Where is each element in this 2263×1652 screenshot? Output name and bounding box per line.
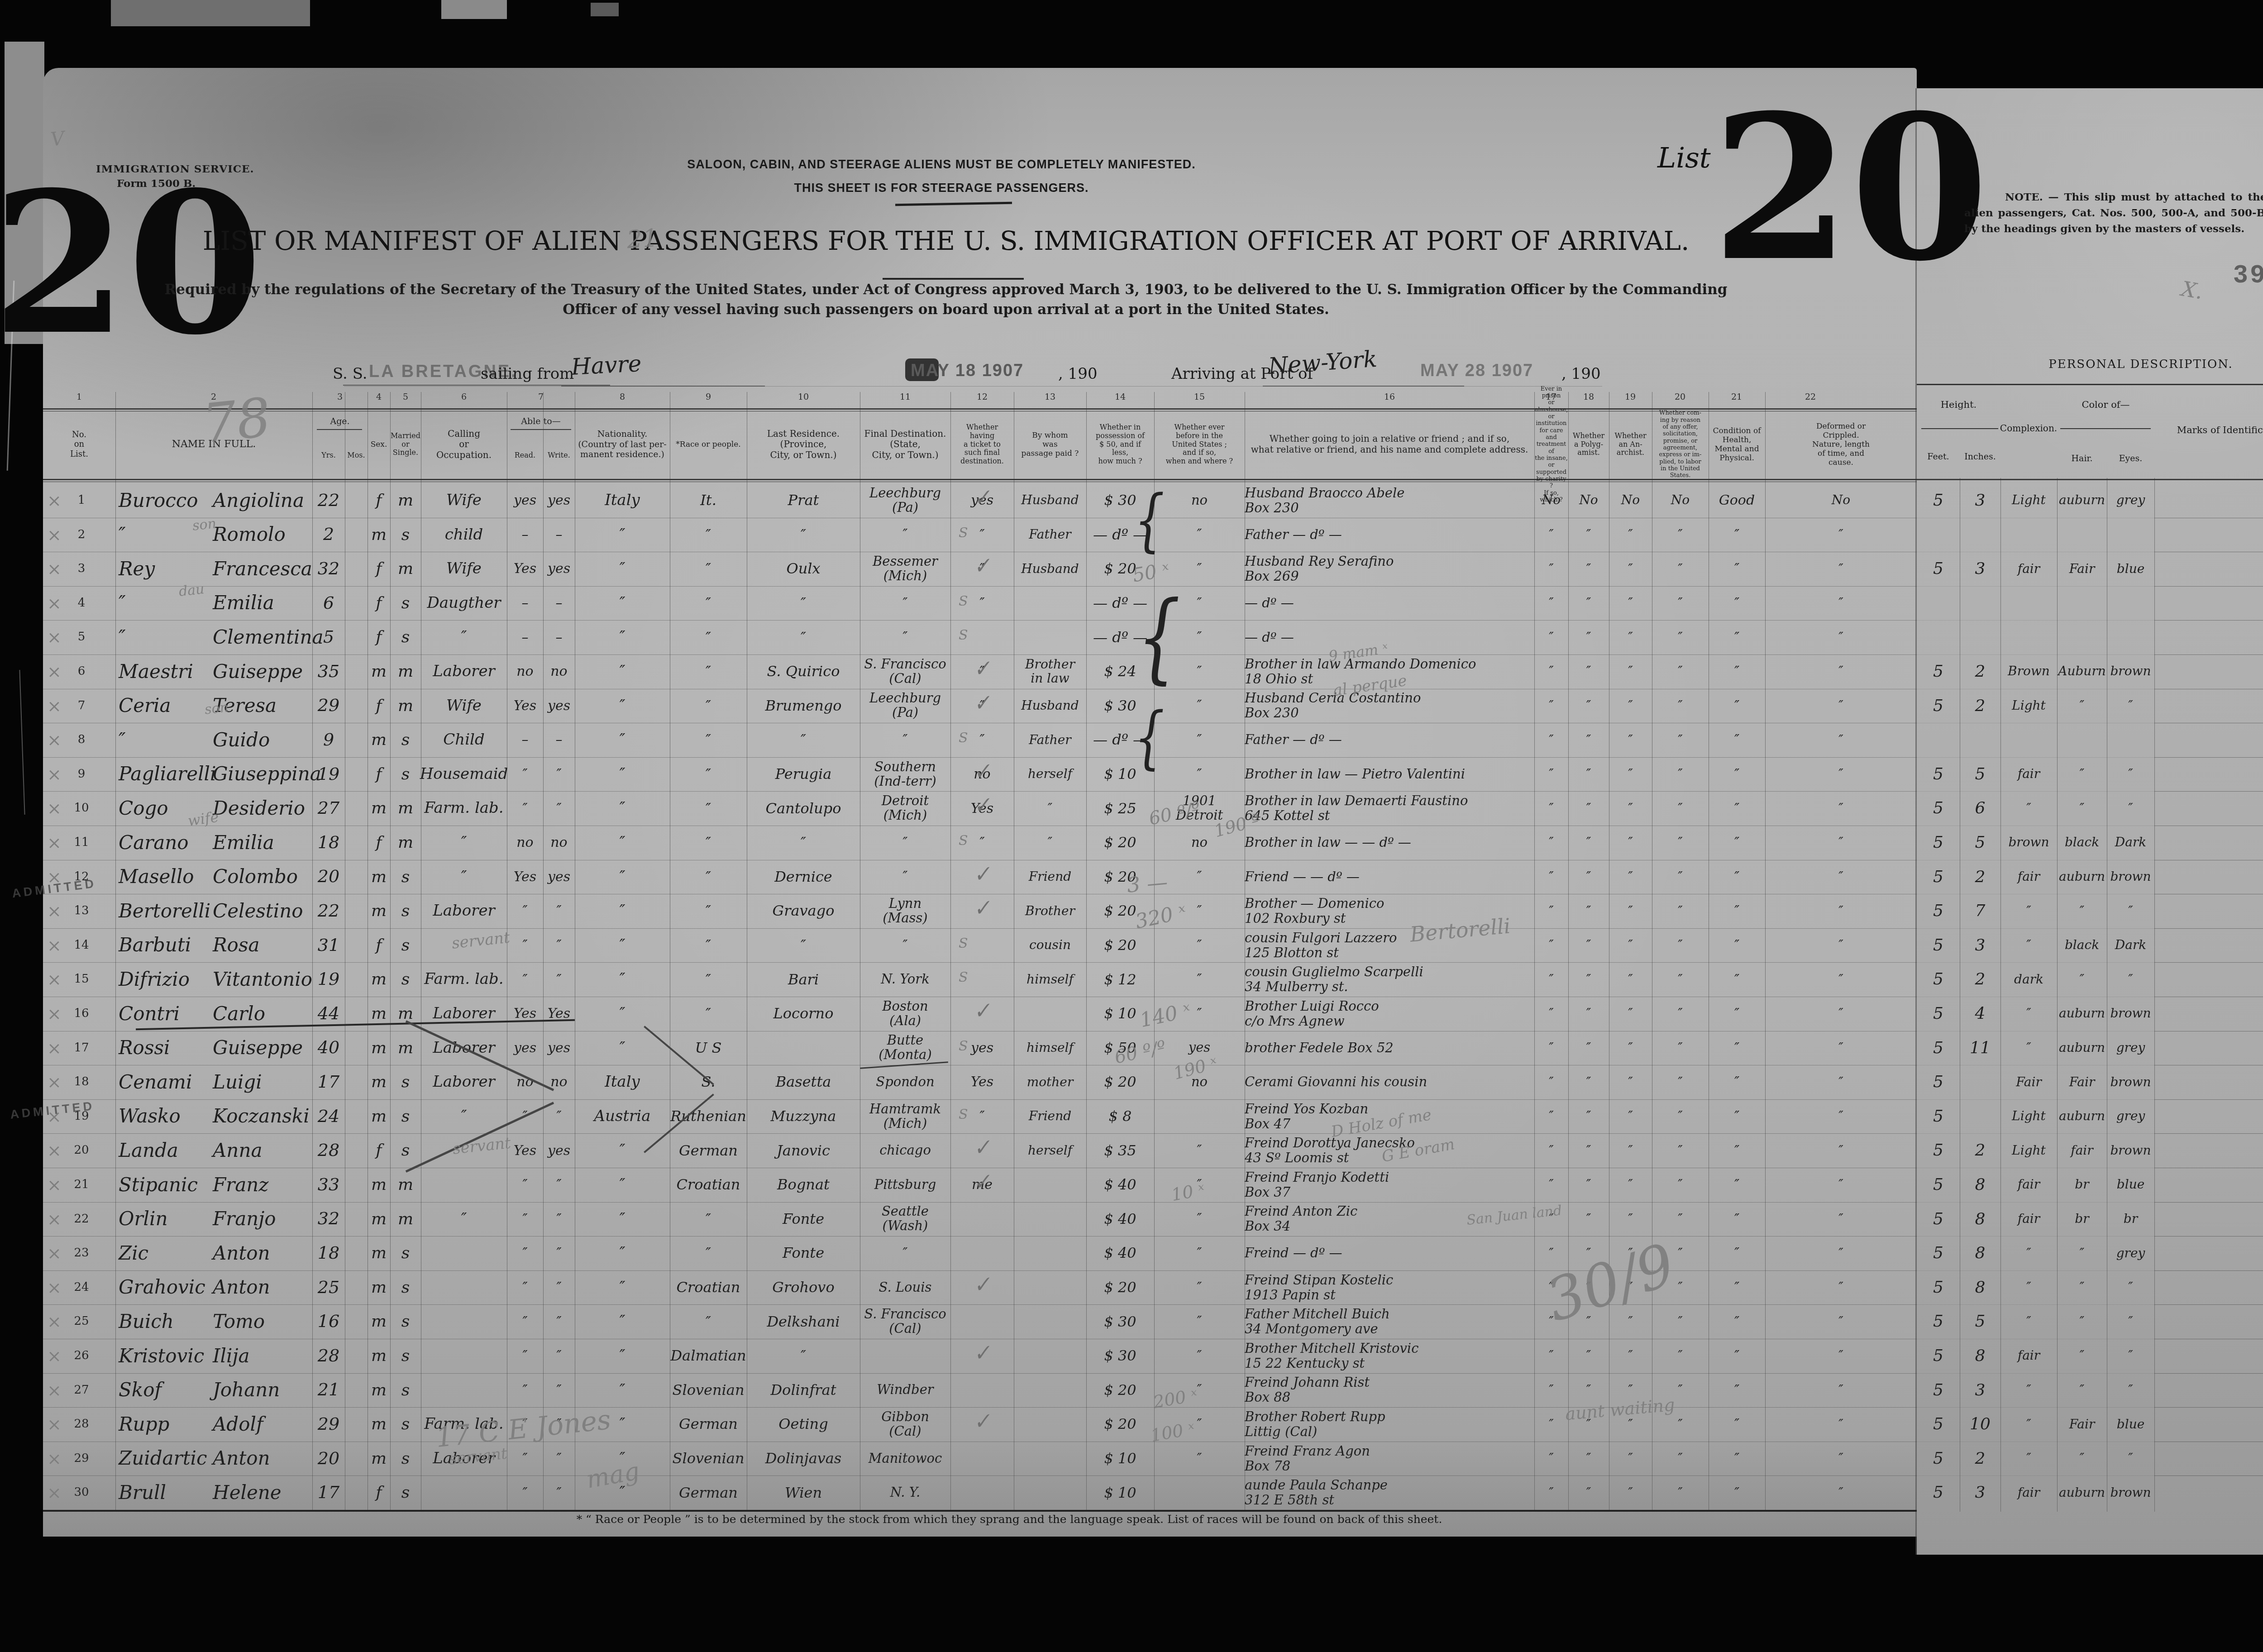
cell-last-residence: ″ bbox=[747, 623, 860, 652]
column-number: 6 bbox=[450, 392, 477, 402]
pencil-s-mark: S bbox=[959, 1107, 968, 1122]
cell-anarchist: ″ bbox=[1609, 999, 1652, 1028]
column-header-h3-yrs: Yrs. bbox=[312, 451, 345, 459]
cell-height-inches: 3 bbox=[1960, 1376, 2000, 1405]
row-line bbox=[2154, 1236, 2263, 1237]
cell-height-feet: 5 bbox=[1917, 1376, 1960, 1405]
row-x-mark: × bbox=[47, 901, 62, 921]
pencil-check: ✓ bbox=[971, 1169, 992, 1195]
cell-before-us: ″ bbox=[1154, 1239, 1245, 1268]
cell-married-single: m bbox=[390, 794, 421, 823]
cell-complexion: brown bbox=[2000, 828, 2057, 857]
cell-race: ″ bbox=[670, 897, 747, 926]
cell-height-inches: 8 bbox=[1960, 1273, 2000, 1302]
film-scratch bbox=[19, 670, 25, 815]
cell-hair-color: ″ bbox=[2057, 897, 2107, 926]
row-line-faint bbox=[1917, 1133, 2154, 1134]
cell-contract-labor: ″ bbox=[1652, 1102, 1709, 1131]
cell-race: ″ bbox=[670, 726, 747, 754]
row-line-faint bbox=[1917, 826, 2154, 826]
cell-contract-labor: ″ bbox=[1652, 623, 1709, 652]
cell-write: ″ bbox=[543, 1205, 575, 1234]
cell-height-feet: 5 bbox=[1917, 1410, 1960, 1439]
cell-before-us: ″ bbox=[1154, 931, 1245, 960]
pencil-s-mark: S bbox=[959, 833, 968, 849]
cell-polygamist: ″ bbox=[1568, 999, 1609, 1028]
cell-write: ″ bbox=[543, 965, 575, 994]
cell-married-single: s bbox=[390, 520, 421, 549]
cell-height-feet: 5 bbox=[1917, 554, 1960, 583]
row-line bbox=[43, 552, 1917, 552]
cell-read: ″ bbox=[507, 1205, 543, 1234]
cell-write: ″ bbox=[543, 897, 575, 926]
cell-last-name: Rupp bbox=[119, 1410, 213, 1439]
cell-sex: f bbox=[368, 1478, 390, 1507]
cell-contract-labor: ″ bbox=[1652, 589, 1709, 618]
cell-last-residence: Cantolupo bbox=[747, 794, 860, 823]
cell-amount: $ 30 bbox=[1086, 1307, 1154, 1336]
cell-sex: m bbox=[368, 657, 390, 686]
cell-age: 20 bbox=[312, 863, 345, 892]
cell-prison: ″ bbox=[1534, 1034, 1568, 1063]
row-line bbox=[43, 586, 1917, 587]
cell-contract-labor: ″ bbox=[1652, 520, 1709, 549]
row-line-faint bbox=[1917, 689, 2154, 689]
cell-contract-labor: ″ bbox=[1652, 1478, 1709, 1507]
cell-prison: ″ bbox=[1534, 965, 1568, 994]
cell-complexion: fair bbox=[2000, 1478, 2057, 1507]
row-line-faint bbox=[1917, 1031, 2154, 1031]
column-number: 3 bbox=[326, 392, 353, 402]
cell-hair-color: br bbox=[2057, 1170, 2107, 1199]
cell-sex: f bbox=[368, 486, 390, 515]
slip-marks-label: Marks of Identification. bbox=[2154, 425, 2263, 435]
cell-height-feet: 5 bbox=[1917, 1239, 1960, 1268]
cell-sex: f bbox=[368, 760, 390, 789]
row-x-mark: × bbox=[47, 1483, 62, 1503]
cell-married-single: s bbox=[390, 760, 421, 789]
cell-last-name: Landa bbox=[119, 1136, 213, 1165]
cell-write: ″ bbox=[543, 1273, 575, 1302]
row-number: 2 bbox=[68, 528, 95, 541]
slip-note-text: NOTE. — This slip must by attached to th… bbox=[1964, 189, 2263, 237]
column-number: 15 bbox=[1186, 392, 1213, 402]
cell-read: Yes bbox=[507, 999, 543, 1028]
cell-prison: ″ bbox=[1534, 931, 1568, 960]
cell-amount: $ 40 bbox=[1086, 1170, 1154, 1199]
row-x-mark: × bbox=[47, 1380, 62, 1400]
cell-read: yes bbox=[507, 1034, 543, 1063]
cell-age: 32 bbox=[312, 1205, 345, 1234]
cell-last-residence: ″ bbox=[747, 1342, 860, 1370]
cell-last-name: Rey bbox=[119, 554, 213, 583]
row-line-faint bbox=[1917, 1407, 2154, 1408]
name-col-pencil-78: 78 bbox=[200, 386, 274, 455]
cell-read: ″ bbox=[507, 1307, 543, 1336]
cell-race: S. bbox=[670, 1068, 747, 1097]
cell-destination: Pittsburg bbox=[860, 1170, 950, 1199]
cell-calling: Laborer bbox=[421, 897, 507, 926]
cell-deformed: ″ bbox=[1765, 1342, 1917, 1370]
cell-write: yes bbox=[543, 863, 575, 892]
row-line bbox=[2154, 518, 2263, 518]
cell-write: yes bbox=[543, 486, 575, 515]
cell-race: ″ bbox=[670, 554, 747, 583]
cell-last-name: Wasko bbox=[119, 1102, 213, 1131]
cell-first-name: Guiseppe bbox=[213, 1034, 312, 1063]
cell-destination: Hamtramk (Mich) bbox=[860, 1102, 950, 1131]
cell-hair-color: auburn bbox=[2057, 1478, 2107, 1507]
cell-paid-by: herself bbox=[1014, 1136, 1086, 1165]
cell-last-residence: Prat bbox=[747, 486, 860, 515]
cell-amount: $ 12 bbox=[1086, 965, 1154, 994]
row-line-faint bbox=[1917, 1373, 2154, 1374]
cell-deformed: ″ bbox=[1765, 1068, 1917, 1097]
cell-calling: Wife bbox=[421, 486, 507, 515]
row-line-faint bbox=[1917, 1236, 2154, 1237]
row-x-mark: × bbox=[47, 764, 62, 784]
row-line bbox=[2154, 757, 2263, 758]
cell-height-inches: 6 bbox=[1960, 794, 2000, 823]
cell-race: ″ bbox=[670, 1307, 747, 1336]
row-line-faint bbox=[1917, 620, 2154, 621]
cell-height-inches: 8 bbox=[1960, 1239, 2000, 1268]
pencil-s-mark: S bbox=[959, 525, 968, 541]
cell-eye-color: grey bbox=[2107, 1102, 2154, 1131]
cell-read: ″ bbox=[507, 1273, 543, 1302]
cell-anarchist: ″ bbox=[1609, 965, 1652, 994]
required-line1: Required by the regulations of the Secre… bbox=[158, 282, 1733, 298]
cell-first-name: Emilia bbox=[213, 589, 312, 618]
cell-anarchist: ″ bbox=[1609, 1444, 1652, 1473]
row-number: 9 bbox=[68, 767, 95, 781]
cell-read: ″ bbox=[507, 1478, 543, 1507]
cell-last-name: ″ bbox=[119, 726, 213, 754]
row-number: 30 bbox=[68, 1485, 95, 1499]
cell-anarchist: ″ bbox=[1609, 897, 1652, 926]
cell-first-name: Ilija bbox=[213, 1342, 312, 1370]
cell-height-feet: 5 bbox=[1917, 965, 1960, 994]
cell-contract-labor: ″ bbox=[1652, 760, 1709, 789]
row-line bbox=[2154, 586, 2263, 587]
column-number: 8 bbox=[609, 392, 636, 402]
cell-deformed: ″ bbox=[1765, 623, 1917, 652]
cell-nationality: ″ bbox=[575, 657, 670, 686]
cell-height-inches: 2 bbox=[1960, 692, 2000, 721]
cell-polygamist: ″ bbox=[1568, 657, 1609, 686]
cell-calling: ″ bbox=[421, 1205, 507, 1234]
header-bottom-rule bbox=[43, 482, 1917, 482]
cell-first-name: Guido bbox=[213, 726, 312, 754]
slip-height-rule bbox=[1921, 428, 1998, 429]
cell-nationality: ″ bbox=[575, 1205, 670, 1234]
cell-before-us: ″ bbox=[1154, 692, 1245, 721]
cell-relative: cousin Guglielmo Scarpelli 34 Mulberry s… bbox=[1245, 965, 1534, 994]
cell-amount: $ 20 bbox=[1086, 828, 1154, 857]
row-number: 7 bbox=[68, 699, 95, 712]
row-number: 24 bbox=[68, 1280, 95, 1294]
row-x-mark: × bbox=[47, 1141, 62, 1160]
cell-race: ″ bbox=[670, 760, 747, 789]
cell-last-residence: Fonte bbox=[747, 1239, 860, 1268]
cell-eye-color: brown bbox=[2107, 1478, 2154, 1507]
cell-eye-color: blue bbox=[2107, 1410, 2154, 1439]
cell-last-name: Grahovic bbox=[119, 1273, 213, 1302]
row-line bbox=[2154, 1407, 2263, 1408]
cell-paid-by: himself bbox=[1014, 1034, 1086, 1063]
row-line bbox=[43, 1065, 1917, 1065]
cell-complexion: Fair bbox=[2000, 1068, 2057, 1097]
column-number: 7 bbox=[527, 392, 554, 402]
cell-contract-labor: ″ bbox=[1652, 828, 1709, 857]
column-number: 9 bbox=[695, 392, 722, 402]
cell-eye-color: brown bbox=[2107, 1068, 2154, 1097]
cell-first-name: Francesca bbox=[213, 554, 312, 583]
cell-prison: ″ bbox=[1534, 1102, 1568, 1131]
film-patch bbox=[591, 3, 619, 16]
cell-nationality: ″ bbox=[575, 692, 670, 721]
row-line bbox=[2154, 1168, 2263, 1168]
pencil-s-mark: S bbox=[959, 969, 968, 985]
cell-contract-labor: ″ bbox=[1652, 1068, 1709, 1097]
cell-read: Yes bbox=[507, 554, 543, 583]
cell-relative: Freind Franjo Kodetti Box 37 bbox=[1245, 1170, 1534, 1199]
cell-last-name: Bertorelli bbox=[119, 897, 213, 926]
cell-destination: Lynn (Mass) bbox=[860, 897, 950, 926]
cell-age: 6 bbox=[312, 589, 345, 618]
cell-eye-color: ″ bbox=[2107, 897, 2154, 926]
cell-polygamist: ″ bbox=[1568, 1342, 1609, 1370]
annotation-pencil-x-slip: X. bbox=[2180, 276, 2205, 304]
row-x-mark: × bbox=[47, 936, 62, 955]
cell-anarchist: ″ bbox=[1609, 1136, 1652, 1165]
cell-sex: m bbox=[368, 1170, 390, 1199]
cell-hair-color: ″ bbox=[2057, 760, 2107, 789]
cell-polygamist: ″ bbox=[1568, 794, 1609, 823]
cell-height-feet: 5 bbox=[1917, 1273, 1960, 1302]
cell-destination: Leechburg (Pa) bbox=[860, 692, 950, 721]
row-x-mark: × bbox=[47, 1243, 62, 1263]
column-number: 1 bbox=[66, 392, 93, 402]
cell-sex: f bbox=[368, 692, 390, 721]
column-header-h3: Age. bbox=[312, 414, 368, 429]
cell-deformed: ″ bbox=[1765, 1307, 1917, 1336]
cell-last-name: Zic bbox=[119, 1239, 213, 1268]
cell-read: Yes bbox=[507, 1136, 543, 1165]
cell-relative: Father Mitchell Buich 34 Montgomery ave bbox=[1245, 1307, 1534, 1336]
cell-last-name: Brull bbox=[119, 1478, 213, 1507]
cell-polygamist: ″ bbox=[1568, 589, 1609, 618]
cell-health: ″ bbox=[1709, 1068, 1765, 1097]
cell-polygamist: ″ bbox=[1568, 897, 1609, 926]
cell-health: ″ bbox=[1709, 828, 1765, 857]
cell-sex: f bbox=[368, 1136, 390, 1165]
cell-sex: m bbox=[368, 965, 390, 994]
cell-health: ″ bbox=[1709, 1170, 1765, 1199]
header-top-rule bbox=[43, 408, 1917, 410]
cell-prison: ″ bbox=[1534, 623, 1568, 652]
row-line bbox=[2154, 620, 2263, 621]
arrival-date-stamp: MAY 28 1907 bbox=[1420, 361, 1533, 381]
cell-height-inches: 5 bbox=[1960, 760, 2000, 789]
column-header-h11: Final Destination. (State, City, or Town… bbox=[860, 413, 950, 476]
cell-contract-labor: ″ bbox=[1652, 1136, 1709, 1165]
cell-age: 9 bbox=[312, 726, 345, 754]
cell-read: ″ bbox=[507, 1342, 543, 1370]
cell-last-residence: ″ bbox=[747, 520, 860, 549]
row-line-faint bbox=[1917, 1065, 2154, 1065]
row-line bbox=[43, 1236, 1917, 1237]
cell-first-name: Helene bbox=[213, 1478, 312, 1507]
cell-health: ″ bbox=[1709, 965, 1765, 994]
cell-deformed: ″ bbox=[1765, 692, 1917, 721]
cell-write: no bbox=[543, 828, 575, 857]
cell-age: 22 bbox=[312, 897, 345, 926]
cell-nationality: ″ bbox=[575, 1034, 670, 1063]
cell-prison: ″ bbox=[1534, 1136, 1568, 1165]
row-x-mark: × bbox=[47, 730, 62, 750]
cell-height-inches: 3 bbox=[1960, 931, 2000, 960]
row-line bbox=[2154, 894, 2263, 894]
annotation-pencil-dau-4: dau bbox=[178, 581, 205, 600]
cell-destination: Butte (Monta) bbox=[860, 1034, 950, 1063]
column-header-h22: Deformed or Crippled. Nature, length of … bbox=[1765, 413, 1917, 476]
cell-first-name: Desiderio bbox=[213, 794, 312, 823]
cell-married-single: s bbox=[390, 1239, 421, 1268]
pencil-check: ✓ bbox=[971, 758, 992, 784]
cell-anarchist: ″ bbox=[1609, 726, 1652, 754]
column-number: 4 bbox=[365, 392, 392, 402]
cell-eye-color: ″ bbox=[2107, 1342, 2154, 1370]
cell-anarchist: ″ bbox=[1609, 794, 1652, 823]
cell-age: 29 bbox=[312, 692, 345, 721]
cell-race: Slovenian bbox=[670, 1376, 747, 1405]
row-number: 20 bbox=[68, 1143, 95, 1157]
cell-hair-color: Auburn bbox=[2057, 657, 2107, 686]
cell-height-feet: 5 bbox=[1917, 863, 1960, 892]
cell-calling: Daugther bbox=[421, 589, 507, 618]
cell-race: Slovenian bbox=[670, 1444, 747, 1473]
cell-amount: $ 20 bbox=[1086, 1273, 1154, 1302]
cell-polygamist: ″ bbox=[1568, 1068, 1609, 1097]
cell-relative: brother Fedele Box 52 bbox=[1245, 1034, 1534, 1063]
cell-polygamist: ″ bbox=[1568, 1170, 1609, 1199]
row-line bbox=[43, 826, 1917, 826]
cell-contract-labor: No bbox=[1652, 486, 1709, 515]
cell-first-name: Vitantonio bbox=[213, 965, 312, 994]
cell-paid-by: Father bbox=[1014, 520, 1086, 549]
cell-race: ″ bbox=[670, 1239, 747, 1268]
cell-nationality: ″ bbox=[575, 1376, 670, 1405]
cell-married-single: s bbox=[390, 1478, 421, 1507]
cell-age: 2 bbox=[312, 520, 345, 549]
cell-health: ″ bbox=[1709, 623, 1765, 652]
cell-health: ″ bbox=[1709, 794, 1765, 823]
column-header-h6: Calling or Occupation. bbox=[421, 413, 507, 476]
cell-first-name: Colombo bbox=[213, 863, 312, 892]
cell-prison: ″ bbox=[1534, 726, 1568, 754]
cell-calling: child bbox=[421, 520, 507, 549]
cell-last-residence: Fonte bbox=[747, 1205, 860, 1234]
cell-write: – bbox=[543, 623, 575, 652]
cell-write: ″ bbox=[543, 1342, 575, 1370]
cell-relative: Brother in law — Pietro Valentini bbox=[1245, 760, 1534, 789]
row-number: 11 bbox=[68, 836, 95, 849]
cell-relative: aunde Paula Schanpe 312 E 58th st bbox=[1245, 1478, 1534, 1507]
cell-calling: Laborer bbox=[421, 1068, 507, 1097]
cell-hair-color: br bbox=[2057, 1205, 2107, 1234]
row-line bbox=[43, 689, 1917, 689]
cell-paid-by: herself bbox=[1014, 760, 1086, 789]
column-number: 5 bbox=[392, 392, 419, 402]
cell-eye-color: blue bbox=[2107, 554, 2154, 583]
cell-age: 5 bbox=[312, 623, 345, 652]
cell-hair-color: auburn bbox=[2057, 486, 2107, 515]
cell-nationality: ″ bbox=[575, 999, 670, 1028]
cell-last-residence: ″ bbox=[747, 828, 860, 857]
cell-race: German bbox=[670, 1478, 747, 1507]
cell-deformed: ″ bbox=[1765, 726, 1917, 754]
cell-read: – bbox=[507, 589, 543, 618]
cell-age: 19 bbox=[312, 965, 345, 994]
cell-destination: Southern (Ind-terr) bbox=[860, 760, 950, 789]
row-x-mark: × bbox=[47, 627, 62, 647]
row-number: 13 bbox=[68, 904, 95, 917]
column-number: 18 bbox=[1575, 392, 1602, 402]
cell-age: 20 bbox=[312, 1444, 345, 1473]
cell-anarchist: ″ bbox=[1609, 520, 1652, 549]
slip-complexion-label: Complexion. bbox=[1999, 423, 2058, 434]
cell-married-single: s bbox=[390, 1102, 421, 1131]
cell-sex: m bbox=[368, 1444, 390, 1473]
cell-write: ″ bbox=[543, 1239, 575, 1268]
row-line bbox=[43, 1031, 1917, 1031]
cell-race: Ruthenian bbox=[670, 1102, 747, 1131]
column-number: 10 bbox=[790, 392, 817, 402]
cell-paid-by: mother bbox=[1014, 1068, 1086, 1097]
cell-anarchist: ″ bbox=[1609, 1102, 1652, 1131]
cell-anarchist: ″ bbox=[1609, 760, 1652, 789]
cell-read: Yes bbox=[507, 863, 543, 892]
footnote: * “ Race or People ” is to be determined… bbox=[534, 1513, 1485, 1526]
cell-health: ″ bbox=[1709, 1102, 1765, 1131]
cell-before-us: no bbox=[1154, 486, 1245, 515]
cell-paid-by: Brother in law bbox=[1014, 657, 1086, 686]
cell-deformed: ″ bbox=[1765, 760, 1917, 789]
cell-married-single: m bbox=[390, 1170, 421, 1199]
cell-complexion: fair bbox=[2000, 1342, 2057, 1370]
cell-sex: f bbox=[368, 623, 390, 652]
cell-destination: N. York bbox=[860, 965, 950, 994]
cell-sex: m bbox=[368, 520, 390, 549]
cell-last-name: Difrizio bbox=[119, 965, 213, 994]
grid-line-vertical bbox=[345, 392, 345, 1511]
cell-complexion: Brown bbox=[2000, 657, 2057, 686]
cell-hair-color: Fair bbox=[2057, 554, 2107, 583]
row-number: 27 bbox=[68, 1383, 95, 1397]
cell-anarchist: ″ bbox=[1609, 623, 1652, 652]
cell-deformed: ″ bbox=[1765, 1444, 1917, 1473]
cell-last-residence: Dolinfrat bbox=[747, 1376, 860, 1405]
cell-height-inches: 3 bbox=[1960, 486, 2000, 515]
cell-health: ″ bbox=[1709, 1205, 1765, 1234]
cell-sex: m bbox=[368, 1102, 390, 1131]
cell-complexion: fair bbox=[2000, 863, 2057, 892]
cell-prison: ″ bbox=[1534, 692, 1568, 721]
cell-sex: m bbox=[368, 1068, 390, 1097]
row-x-mark: × bbox=[47, 1004, 62, 1024]
cell-first-name: Celestino bbox=[213, 897, 312, 926]
